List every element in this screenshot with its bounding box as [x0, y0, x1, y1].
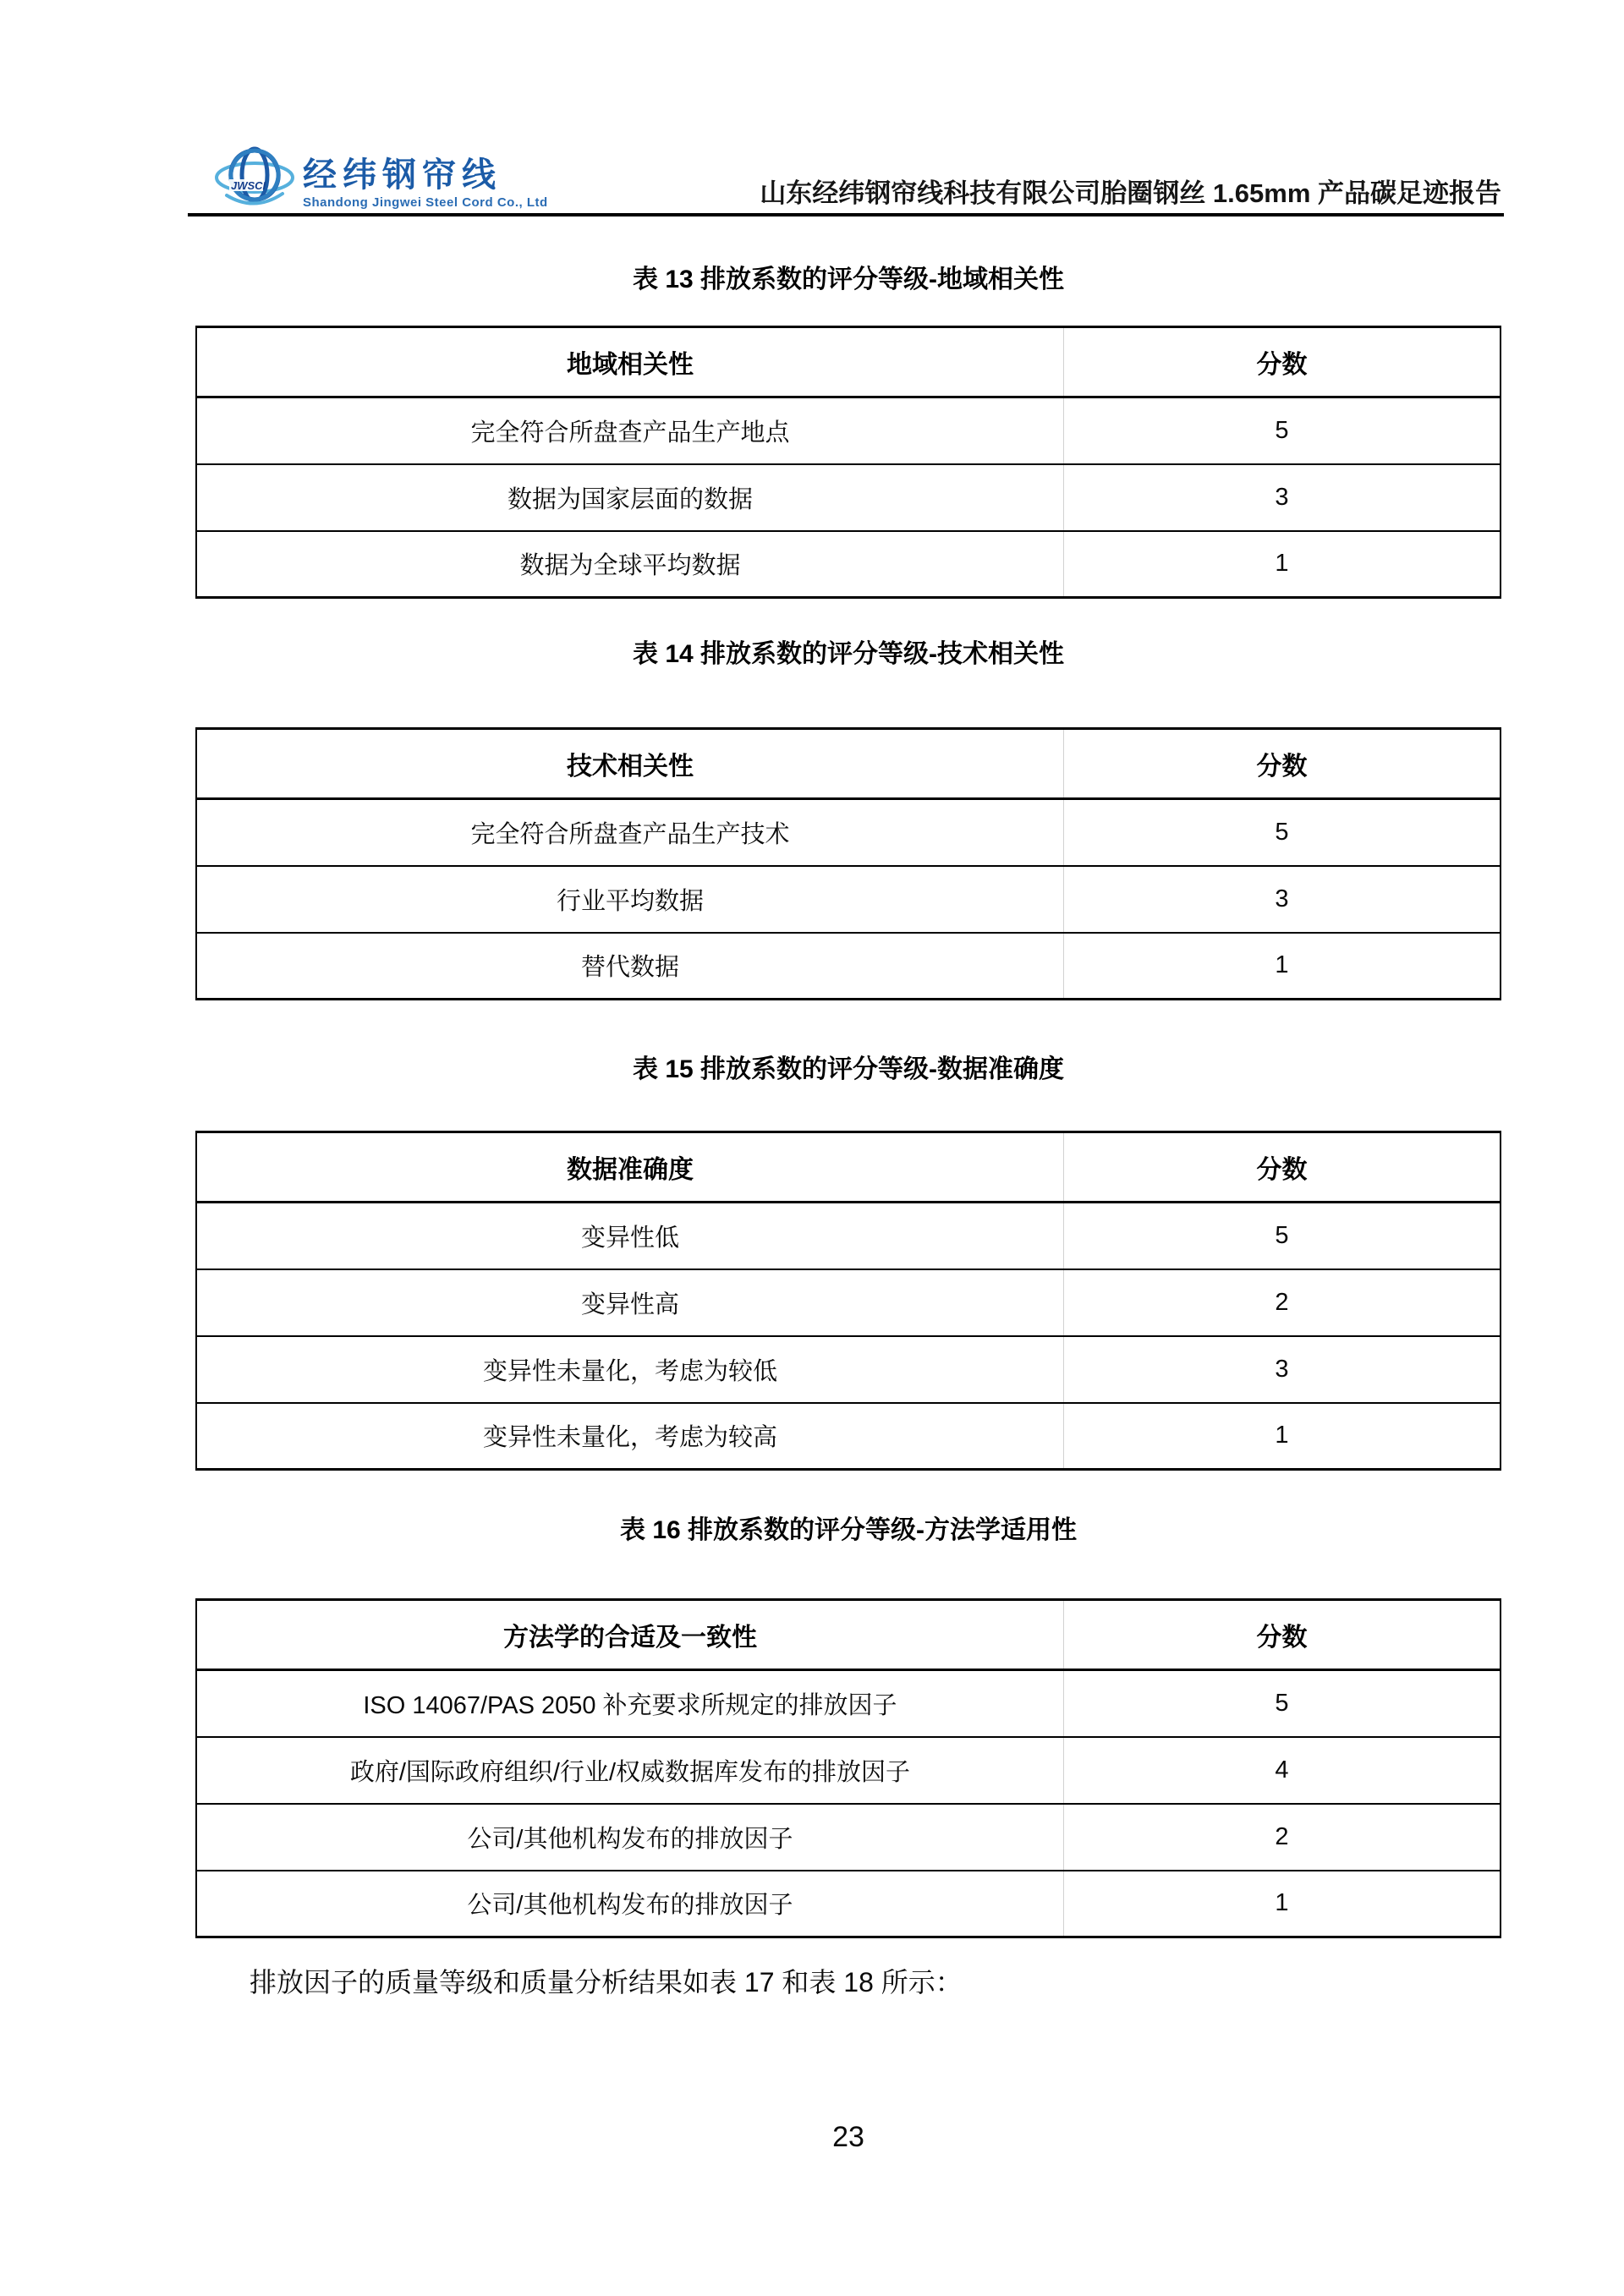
- column-header-criterion: 地域相关性: [196, 327, 1063, 397]
- table-row: 变异性高 2: [196, 1269, 1501, 1336]
- table-header-row: 数据准确度 分数: [196, 1132, 1501, 1203]
- score-cell: 1: [1063, 1403, 1501, 1470]
- table-row: 完全符合所盘查产品生产技术 5: [196, 799, 1501, 866]
- score-cell: 1: [1063, 1871, 1501, 1937]
- criterion-cell: 政府/国际政府组织/行业/权威数据库发布的排放因子: [196, 1737, 1063, 1804]
- table-row: 数据为全球平均数据 1: [196, 531, 1501, 598]
- logo-badge-text: JWSCI: [231, 179, 266, 192]
- document-header-title: 山东经纬钢帘线科技有限公司胎圈钢丝 1.65mm 产品碳足迹报告: [486, 172, 1501, 210]
- column-header-score: 分数: [1063, 1132, 1501, 1203]
- column-header-criterion: 方法学的合适及一致性: [196, 1600, 1063, 1670]
- table-header-row: 地域相关性 分数: [196, 327, 1501, 397]
- criterion-cell: 数据为国家层面的数据: [196, 464, 1063, 531]
- criterion-cell: 变异性未量化，考虑为较低: [196, 1336, 1063, 1403]
- table-15-data-accuracy: 数据准确度 分数 变异性低 5 变异性高 2 变异性未量化，考虑为较低 3 变异…: [195, 1131, 1501, 1471]
- globe-weave-icon: JWSCI: [211, 140, 298, 212]
- criterion-cell: 公司/其他机构发布的排放因子: [196, 1804, 1063, 1871]
- header-rule: [188, 213, 1504, 216]
- report-page: JWSCI 经纬钢帘线 Shandong Jingwei Steel Cord …: [0, 0, 1624, 2296]
- table-16-caption: 表 16 排放系数的评分等级-方法学适用性: [195, 1515, 1501, 1546]
- criterion-cell: 数据为全球平均数据: [196, 531, 1063, 598]
- criterion-cell: 变异性高: [196, 1269, 1063, 1336]
- criterion-cell: ISO 14067/PAS 2050 补充要求所规定的排放因子: [196, 1670, 1063, 1737]
- table-header-row: 方法学的合适及一致性 分数: [196, 1600, 1501, 1670]
- table-row: 变异性低 5: [196, 1203, 1501, 1269]
- criterion-cell: 变异性未量化，考虑为较高: [196, 1403, 1063, 1470]
- column-header-criterion: 数据准确度: [196, 1132, 1063, 1203]
- table-row: 行业平均数据 3: [196, 866, 1501, 933]
- table-row: 完全符合所盘查产品生产地点 5: [196, 397, 1501, 464]
- table-row: 政府/国际政府组织/行业/权威数据库发布的排放因子 4: [196, 1737, 1501, 1804]
- criterion-cell: 完全符合所盘查产品生产技术: [196, 799, 1063, 866]
- table-13-caption: 表 13 排放系数的评分等级-地域相关性: [195, 265, 1501, 295]
- table-row: 变异性未量化，考虑为较低 3: [196, 1336, 1501, 1403]
- column-header-score: 分数: [1063, 327, 1501, 397]
- table-14-caption: 表 14 排放系数的评分等级-技术相关性: [195, 639, 1501, 670]
- body-paragraph: 排放因子的质量等级和质量分析结果如表 17 和表 18 所示：: [195, 1964, 1501, 2001]
- criterion-cell: 替代数据: [196, 933, 1063, 1000]
- score-cell: 5: [1063, 397, 1501, 464]
- table-14-technology-relevance: 技术相关性 分数 完全符合所盘查产品生产技术 5 行业平均数据 3 替代数据 1: [195, 727, 1501, 1000]
- table-13-region-relevance: 地域相关性 分数 完全符合所盘查产品生产地点 5 数据为国家层面的数据 3 数据…: [195, 326, 1501, 599]
- table-row: 公司/其他机构发布的排放因子 2: [196, 1804, 1501, 1871]
- score-cell: 1: [1063, 531, 1501, 598]
- score-cell: 5: [1063, 1670, 1501, 1737]
- score-cell: 1: [1063, 933, 1501, 1000]
- criterion-cell: 行业平均数据: [196, 866, 1063, 933]
- page-number: 23: [195, 2121, 1501, 2154]
- criterion-cell: 变异性低: [196, 1203, 1063, 1269]
- score-cell: 2: [1063, 1269, 1501, 1336]
- score-cell: 3: [1063, 866, 1501, 933]
- score-cell: 3: [1063, 464, 1501, 531]
- table-row: 数据为国家层面的数据 3: [196, 464, 1501, 531]
- score-cell: 4: [1063, 1737, 1501, 1804]
- score-cell: 5: [1063, 799, 1501, 866]
- table-row: 变异性未量化，考虑为较高 1: [196, 1403, 1501, 1470]
- score-cell: 2: [1063, 1804, 1501, 1871]
- table-row: ISO 14067/PAS 2050 补充要求所规定的排放因子 5: [196, 1670, 1501, 1737]
- criterion-cell: 完全符合所盘查产品生产地点: [196, 397, 1063, 464]
- criterion-cell: 公司/其他机构发布的排放因子: [196, 1871, 1063, 1937]
- score-cell: 3: [1063, 1336, 1501, 1403]
- table-row: 公司/其他机构发布的排放因子 1: [196, 1871, 1501, 1937]
- table-header-row: 技术相关性 分数: [196, 729, 1501, 799]
- table-16-methodology-applicability: 方法学的合适及一致性 分数 ISO 14067/PAS 2050 补充要求所规定…: [195, 1598, 1501, 1938]
- score-cell: 5: [1063, 1203, 1501, 1269]
- column-header-score: 分数: [1063, 729, 1501, 799]
- table-row: 替代数据 1: [196, 933, 1501, 1000]
- table-15-caption: 表 15 排放系数的评分等级-数据准确度: [195, 1055, 1501, 1085]
- column-header-criterion: 技术相关性: [196, 729, 1063, 799]
- column-header-score: 分数: [1063, 1600, 1501, 1670]
